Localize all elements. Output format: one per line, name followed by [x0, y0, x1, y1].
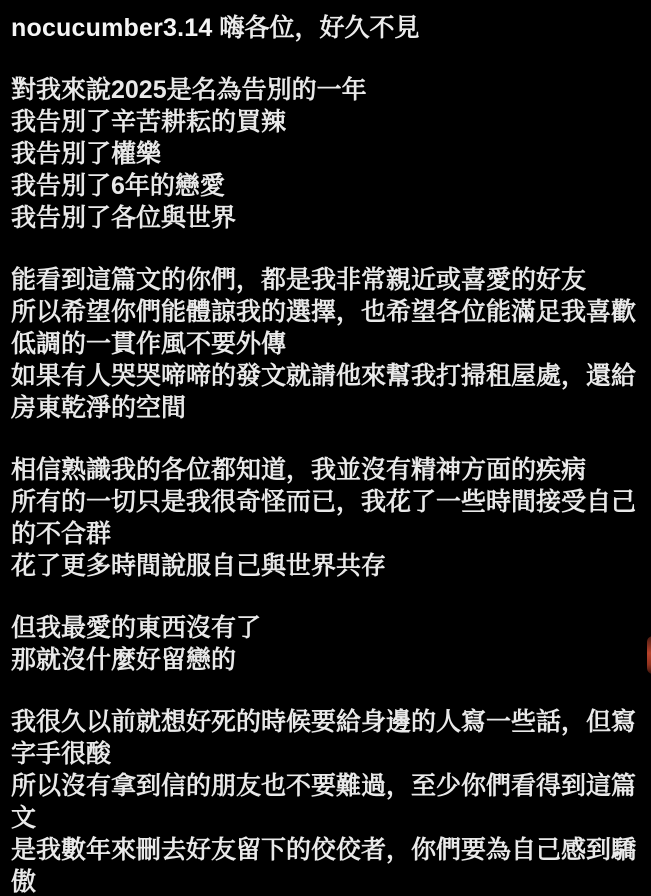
- caption-line: 我告別了辛苦耕耘的買辣: [11, 106, 643, 138]
- caption-paragraph: 相信熟識我的各位都知道，我並沒有精神方面的疾病所有的一切只是我很奇怪而已，我花了…: [11, 454, 643, 582]
- caption-line: 是我數年來刪去好友留下的佼佼者，你們要為自己感到驕: [11, 834, 643, 866]
- caption-header: nocucumber3.14 嗨各位，好久不見: [11, 12, 643, 44]
- caption-line: 所有的一切只是我很奇怪而已，我花了一些時間接受自己: [11, 486, 643, 518]
- caption-intro-text: 嗨各位，好久不見: [219, 14, 419, 42]
- caption: 對我來說2025是名為告別的一年我告別了辛苦耕耘的買辣我告別了權樂我告別了6年的…: [11, 74, 643, 896]
- caption-line: 所以希望你們能體諒我的選擇，也希望各位能滿足我喜歡: [11, 296, 643, 328]
- post-container: nocucumber3.14 嗨各位，好久不見 對我來說2025是名為告別的一年…: [0, 0, 651, 896]
- caption-line: 能看到這篇文的你們，都是我非常親近或喜愛的好友: [11, 264, 643, 296]
- caption-line: 但我最愛的東西沒有了: [11, 612, 643, 644]
- caption-line: 我很久以前就想好死的時候要給身邊的人寫一些話，但寫: [11, 706, 643, 738]
- caption-line: 我告別了6年的戀愛: [11, 170, 643, 202]
- caption-paragraph: 但我最愛的東西沒有了那就沒什麼好留戀的: [11, 612, 643, 676]
- caption-line: 字手很酸: [11, 738, 643, 770]
- username-link[interactable]: nocucumber3.14: [11, 14, 212, 42]
- caption-paragraph: 能看到這篇文的你們，都是我非常親近或喜愛的好友所以希望你們能體諒我的選擇，也希望…: [11, 264, 643, 424]
- clipped-red-icon: [647, 636, 651, 674]
- caption-line: 花了更多時間說服自己與世界共存: [11, 550, 643, 582]
- caption-line: 相信熟識我的各位都知道，我並沒有精神方面的疾病: [11, 454, 643, 486]
- caption-line: 我告別了各位與世界: [11, 202, 643, 234]
- caption-paragraph: 我很久以前就想好死的時候要給身邊的人寫一些話，但寫字手很酸所以沒有拿到信的朋友也…: [11, 706, 643, 896]
- caption-line: 文: [11, 802, 643, 834]
- caption-line: 如果有人哭哭啼啼的發文就請他來幫我打掃租屋處，還給: [11, 360, 643, 392]
- caption-line: 房東乾淨的空間: [11, 392, 643, 424]
- caption-line: 所以沒有拿到信的朋友也不要難過，至少你們看得到這篇: [11, 770, 643, 802]
- caption-line: 對我來說2025是名為告別的一年: [11, 74, 643, 106]
- caption-line: 那就沒什麼好留戀的: [11, 644, 643, 676]
- caption-paragraph: 對我來說2025是名為告別的一年我告別了辛苦耕耘的買辣我告別了權樂我告別了6年的…: [11, 74, 643, 234]
- caption-line: 低調的一貫作風不要外傳: [11, 328, 643, 360]
- caption-line: 的不合群: [11, 518, 643, 550]
- caption-line: 我告別了權樂: [11, 138, 643, 170]
- caption-line: 傲: [11, 866, 643, 896]
